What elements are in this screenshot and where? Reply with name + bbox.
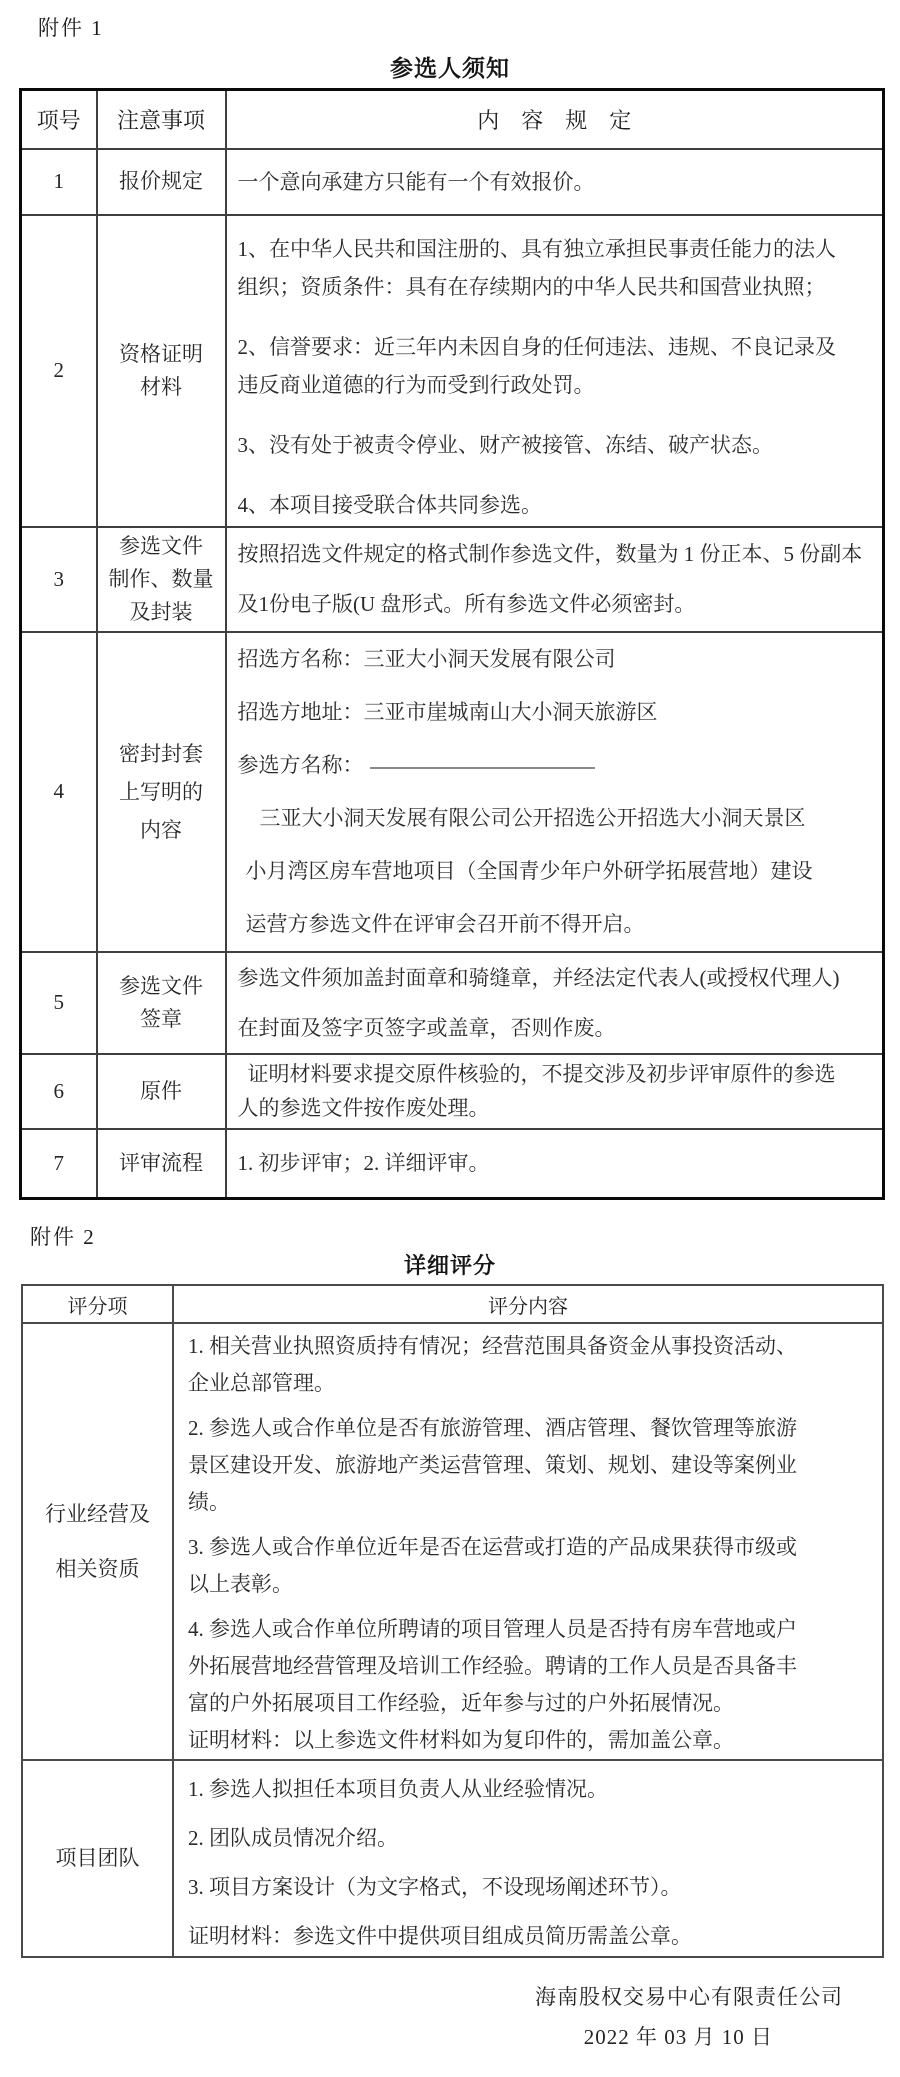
cell-item-label: 资格证明 材料: [97, 215, 226, 527]
cell-scoring-item: 项目团队: [22, 1760, 173, 1957]
content-line: 景区建设开发、旅游地产类运营管理、策划、规划、建设等案例业: [188, 1447, 874, 1484]
content-line: 2. 团队成员情况介绍。: [188, 1820, 874, 1857]
cell-item-label: 原件: [97, 1054, 226, 1129]
content-line: 小月湾区房车营地项目（全国青少年户外研学拓展营地）建设: [238, 845, 875, 898]
content-line: 招选方名称：三亚大小洞天发展有限公司: [238, 633, 875, 686]
blank-label: 参选方名称：: [238, 753, 364, 777]
cell-item-label: 评审流程: [97, 1129, 226, 1199]
table-row: 项目团队 1. 参选人拟担任本项目负责人从业经验情况。 2. 团队成员情况介绍。…: [22, 1760, 883, 1957]
cell-item-label: 报价规定: [97, 149, 226, 215]
blank-underline: [370, 767, 595, 769]
cell-item-no: 6: [21, 1054, 97, 1129]
header-scoring-item: 评分项: [22, 1285, 173, 1323]
content-line: 违反商业道德的行为而受到行政处罚。: [238, 366, 875, 404]
content-line: 绩。: [188, 1484, 874, 1521]
cell-content: 按照招选文件规定的格式制作参选文件，数量为 1 份正本、5 份副本 及1份电子版…: [226, 527, 884, 632]
notice-table-header-row: 项号 注意事项 内 容 规 定: [21, 90, 884, 149]
content-line: 参选文件须加盖封面章和骑缝章，并经法定代表人(或授权代理人): [238, 953, 875, 1003]
item-label-line: 内容: [102, 811, 221, 849]
notice-table-title: 参选人须知: [0, 50, 900, 83]
item-label-line: 评审流程: [102, 1147, 221, 1180]
content-line: 三亚大小洞天发展有限公司公开招选公开招选大小洞天景区: [238, 792, 875, 845]
cell-content: 1、在中华人民共和国注册的、具有独立承担民事责任能力的法人 组织；资质条件：具有…: [226, 215, 884, 527]
content-line: 在封面及签字页签字或盖章，否则作废。: [238, 1003, 875, 1053]
header-content-rules: 内 容 规 定: [226, 90, 884, 149]
item-label-line: 签章: [102, 1003, 221, 1036]
content-line: 3. 项目方案设计（为文字格式，不设现场阐述环节）。: [188, 1869, 874, 1906]
cell-item-label: 密封封套 上写明的 内容: [97, 632, 226, 952]
cell-item-label: 参选文件 签章: [97, 952, 226, 1054]
cell-content: 一个意向承建方只能有一个有效报价。: [226, 149, 884, 215]
attachment1-label: 附件 1: [38, 12, 104, 42]
item-label-line: 材料: [102, 371, 221, 404]
cell-scoring-item: 行业经营及 相关资质: [22, 1323, 173, 1760]
cell-item-no: 4: [21, 632, 97, 952]
cell-content: 证明材料要求提交原件核验的，不提交涉及初步评审原件的参选 人的参选文件按作废处理…: [226, 1054, 884, 1129]
content-line: 证明材料：以上参选文件材料如为复印件的，需加盖公章。: [188, 1722, 874, 1759]
item-label-line: 及封装: [102, 596, 221, 629]
document-page: 附件 1 参选人须知 项号 注意事项 内 容 规 定 1 报价规定 一个意向承建…: [0, 0, 900, 2077]
content-line: 按照招选文件规定的格式制作参选文件，数量为 1 份正本、5 份副本: [238, 529, 875, 579]
content-line: 以上表彰。: [188, 1566, 874, 1603]
content-line: 4、本项目接受联合体共同参选。: [238, 486, 875, 524]
item-label-line: 制作、数量: [102, 563, 221, 596]
content-line: 1. 参选人拟担任本项目负责人从业经验情况。: [188, 1771, 874, 1808]
content-line: 1. 相关营业执照资质持有情况；经营范围具备资金从事投资活动、: [188, 1328, 874, 1365]
content-line: 1、在中华人民共和国注册的、具有独立承担民事责任能力的法人: [238, 230, 875, 268]
cell-scoring-content: 1. 参选人拟担任本项目负责人从业经验情况。 2. 团队成员情况介绍。 3. 项…: [173, 1760, 883, 1957]
content-line: 外拓展营地经营管理及培训工作经验。聘请的工作人员是否具备丰: [188, 1648, 874, 1685]
scoring-table-header-row: 评分项 评分内容: [22, 1285, 883, 1323]
table-row: 2 资格证明 材料 1、在中华人民共和国注册的、具有独立承担民事责任能力的法人 …: [21, 215, 884, 527]
content-line: 组织；资质条件：具有在存续期内的中华人民共和国营业执照；: [238, 268, 875, 306]
item-label-line: 项目团队: [27, 1842, 168, 1875]
table-row: 行业经营及 相关资质 1. 相关营业执照资质持有情况；经营范围具备资金从事投资活…: [22, 1323, 883, 1760]
item-label-line: 原件: [102, 1075, 221, 1108]
content-line: 人的参选文件按作废处理。: [238, 1091, 875, 1125]
content-line: 一个意向承建方只能有一个有效报价。: [238, 169, 875, 195]
content-line: 2、信誉要求：近三年内未因自身的任何违法、违规、不良记录及: [238, 328, 875, 366]
content-line: 4. 参选人或合作单位所聘请的项目管理人员是否持有房车营地或户: [188, 1611, 874, 1648]
cell-content: 招选方名称：三亚大小洞天发展有限公司 招选方地址：三亚市崖城南山大小洞天旅游区 …: [226, 632, 884, 952]
item-label-line: 行业经营及: [27, 1487, 168, 1542]
footer-company-name: 海南股权交易中心有限责任公司: [535, 1981, 843, 2011]
item-label-line: 相关资质: [27, 1542, 168, 1597]
cell-content: 1. 初步评审；2. 详细评审。: [226, 1129, 884, 1199]
content-line: 2. 参选人或合作单位是否有旅游管理、酒店管理、餐饮管理等旅游: [188, 1410, 874, 1447]
content-line: 企业总部管理。: [188, 1365, 874, 1402]
content-line: 运营方参选文件在评审会召开前不得开启。: [238, 898, 875, 951]
item-label-line: 报价规定: [102, 165, 221, 198]
content-line: 1. 初步评审；2. 详细评审。: [238, 1150, 875, 1176]
item-label-line: 参选文件: [102, 530, 221, 563]
cell-item-no: 2: [21, 215, 97, 527]
content-line: 证明材料要求提交原件核验的，不提交涉及初步评审原件的参选: [238, 1057, 875, 1091]
content-line: 3. 参选人或合作单位近年是否在运营或打造的产品成果获得市级或: [188, 1529, 874, 1566]
table-row: 3 参选文件 制作、数量 及封装 按照招选文件规定的格式制作参选文件，数量为 1…: [21, 527, 884, 632]
cell-item-no: 7: [21, 1129, 97, 1199]
content-line: 富的户外拓展项目工作经验，近年参与过的户外拓展情况。: [188, 1685, 874, 1722]
cell-item-no: 5: [21, 952, 97, 1054]
notice-table: 项号 注意事项 内 容 规 定 1 报价规定 一个意向承建方只能有一个有效报价。…: [19, 88, 885, 1200]
content-line: 参选方名称：: [238, 739, 875, 792]
header-scoring-content: 评分内容: [173, 1285, 883, 1323]
item-label-line: 参选文件: [102, 970, 221, 1003]
cell-item-no: 1: [21, 149, 97, 215]
scoring-table-title: 详细评分: [0, 1249, 900, 1280]
cell-content: 参选文件须加盖封面章和骑缝章，并经法定代表人(或授权代理人) 在封面及签字页签字…: [226, 952, 884, 1054]
cell-scoring-content: 1. 相关营业执照资质持有情况；经营范围具备资金从事投资活动、 企业总部管理。 …: [173, 1323, 883, 1760]
footer-date: 2022 年 03 月 10 日: [584, 2021, 773, 2051]
content-line: 3、没有处于被责令停业、财产被接管、冻结、破产状态。: [238, 426, 875, 464]
cell-item-label: 参选文件 制作、数量 及封装: [97, 527, 226, 632]
content-line: 及1份电子版(U 盘形式。所有参选文件必须密封。: [238, 579, 875, 629]
attachment2-label: 附件 2: [30, 1221, 96, 1251]
table-row: 7 评审流程 1. 初步评审；2. 详细评审。: [21, 1129, 884, 1199]
table-row: 1 报价规定 一个意向承建方只能有一个有效报价。: [21, 149, 884, 215]
cell-item-no: 3: [21, 527, 97, 632]
table-row: 4 密封封套 上写明的 内容 招选方名称：三亚大小洞天发展有限公司 招选方地址：…: [21, 632, 884, 952]
scoring-table: 评分项 评分内容 行业经营及 相关资质 1. 相关营业执照资质持有情况；经营范围…: [21, 1284, 884, 1958]
content-line: 证明材料：参选文件中提供项目组成员简历需盖公章。: [188, 1918, 874, 1955]
header-notes: 注意事项: [97, 90, 226, 149]
item-label-line: 密封封套: [102, 735, 221, 773]
header-item-no: 项号: [21, 90, 97, 149]
table-row: 5 参选文件 签章 参选文件须加盖封面章和骑缝章，并经法定代表人(或授权代理人)…: [21, 952, 884, 1054]
item-label-line: 资格证明: [102, 338, 221, 371]
content-line: 招选方地址：三亚市崖城南山大小洞天旅游区: [238, 686, 875, 739]
item-label-line: 上写明的: [102, 773, 221, 811]
table-row: 6 原件 证明材料要求提交原件核验的，不提交涉及初步评审原件的参选 人的参选文件…: [21, 1054, 884, 1129]
